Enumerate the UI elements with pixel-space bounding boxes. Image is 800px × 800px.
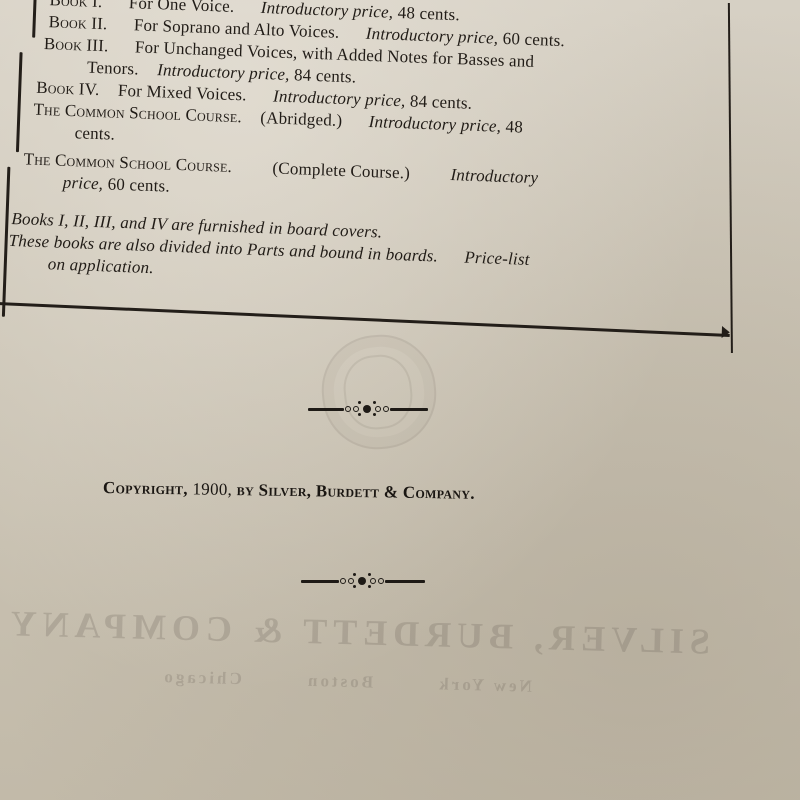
decorative-divider-top	[308, 402, 428, 416]
divider-ring	[378, 578, 384, 584]
price-label: Introductory price,	[366, 24, 499, 48]
book-page: Book I. For One Voice. Introductory pric…	[0, 0, 800, 800]
price-unit: cents.	[74, 123, 115, 143]
decorative-divider-bottom	[301, 574, 425, 588]
book-description: For One Voice.	[128, 0, 234, 16]
divider-center-flourish-icon	[358, 577, 366, 585]
copyright-by: by	[237, 480, 255, 499]
price-label: Introductory price,	[368, 112, 501, 136]
divider-ring	[340, 578, 346, 584]
book-label: Book IV.	[36, 78, 100, 99]
bleed-through-publisher: SILVER, BURDETT & COMPANY	[50, 603, 711, 662]
price-value: 84 cents.	[410, 91, 473, 112]
divider-ring	[345, 406, 351, 412]
list-item-common-school-complete-continued: price, 60 cents.	[62, 173, 170, 197]
bottom-border-rule	[0, 301, 730, 337]
price-value: 48 cents.	[397, 3, 460, 24]
divider-bar	[301, 580, 339, 583]
price-label-continued: price,	[63, 173, 104, 193]
book-label: Book I.	[49, 0, 103, 11]
bleed-through-cities: New York Boston Chicago	[140, 667, 560, 698]
price-value: 60 cents.	[107, 174, 170, 195]
course-description: (Complete Course.)	[272, 158, 410, 182]
book-label: Book II.	[48, 12, 107, 33]
book-description-continued: Tenors.	[87, 58, 139, 79]
price-label: Introductory	[450, 165, 538, 187]
copyright-holder: Silver, Burdett & Company.	[258, 480, 475, 502]
price-label: Introductory price,	[260, 0, 393, 22]
price-label: Introductory price,	[273, 86, 406, 110]
price-value: 84 cents.	[294, 65, 357, 86]
right-border-rule	[728, 3, 733, 353]
course-description: (Abridged.)	[260, 108, 343, 130]
bleed-city: Chicago	[161, 667, 242, 688]
copyright-year: 1900,	[192, 479, 232, 499]
corner-arrow-icon	[722, 326, 730, 338]
bleed-city: New York	[436, 674, 532, 695]
divider-ring	[375, 406, 381, 412]
price-label: Introductory price,	[157, 60, 290, 84]
divider-bar	[308, 408, 344, 411]
price-value: 60 cents.	[502, 29, 565, 50]
note-text-price-list: Price-list	[464, 248, 530, 269]
divider-ring	[383, 406, 389, 412]
note-text: on application.	[48, 254, 155, 277]
divider-ring	[348, 578, 354, 584]
divider-bar	[385, 580, 425, 583]
divider-ring	[353, 406, 359, 412]
copyright-prefix: Copyright,	[103, 478, 188, 498]
copyright-notice: Copyright, 1900, by Silver, Burdett & Co…	[103, 478, 475, 504]
divider-center-flourish-icon	[363, 405, 371, 413]
price-value: 48	[505, 117, 523, 137]
advertisement-box: Book I. For One Voice. Introductory pric…	[0, 0, 749, 344]
course-label: The Common School Course.	[23, 149, 232, 176]
left-border-rule	[16, 52, 23, 152]
note-application: on application.	[47, 254, 154, 278]
bleed-city: Boston	[305, 671, 374, 692]
divider-ring	[370, 578, 376, 584]
left-border-rule	[32, 0, 37, 38]
bleed-through-emblem	[316, 329, 441, 454]
book-description: For Mixed Voices.	[118, 81, 247, 105]
divider-bar	[390, 408, 428, 411]
book-label: Book III.	[44, 34, 109, 55]
list-item-common-school-abridged-continued: cents.	[74, 123, 115, 144]
